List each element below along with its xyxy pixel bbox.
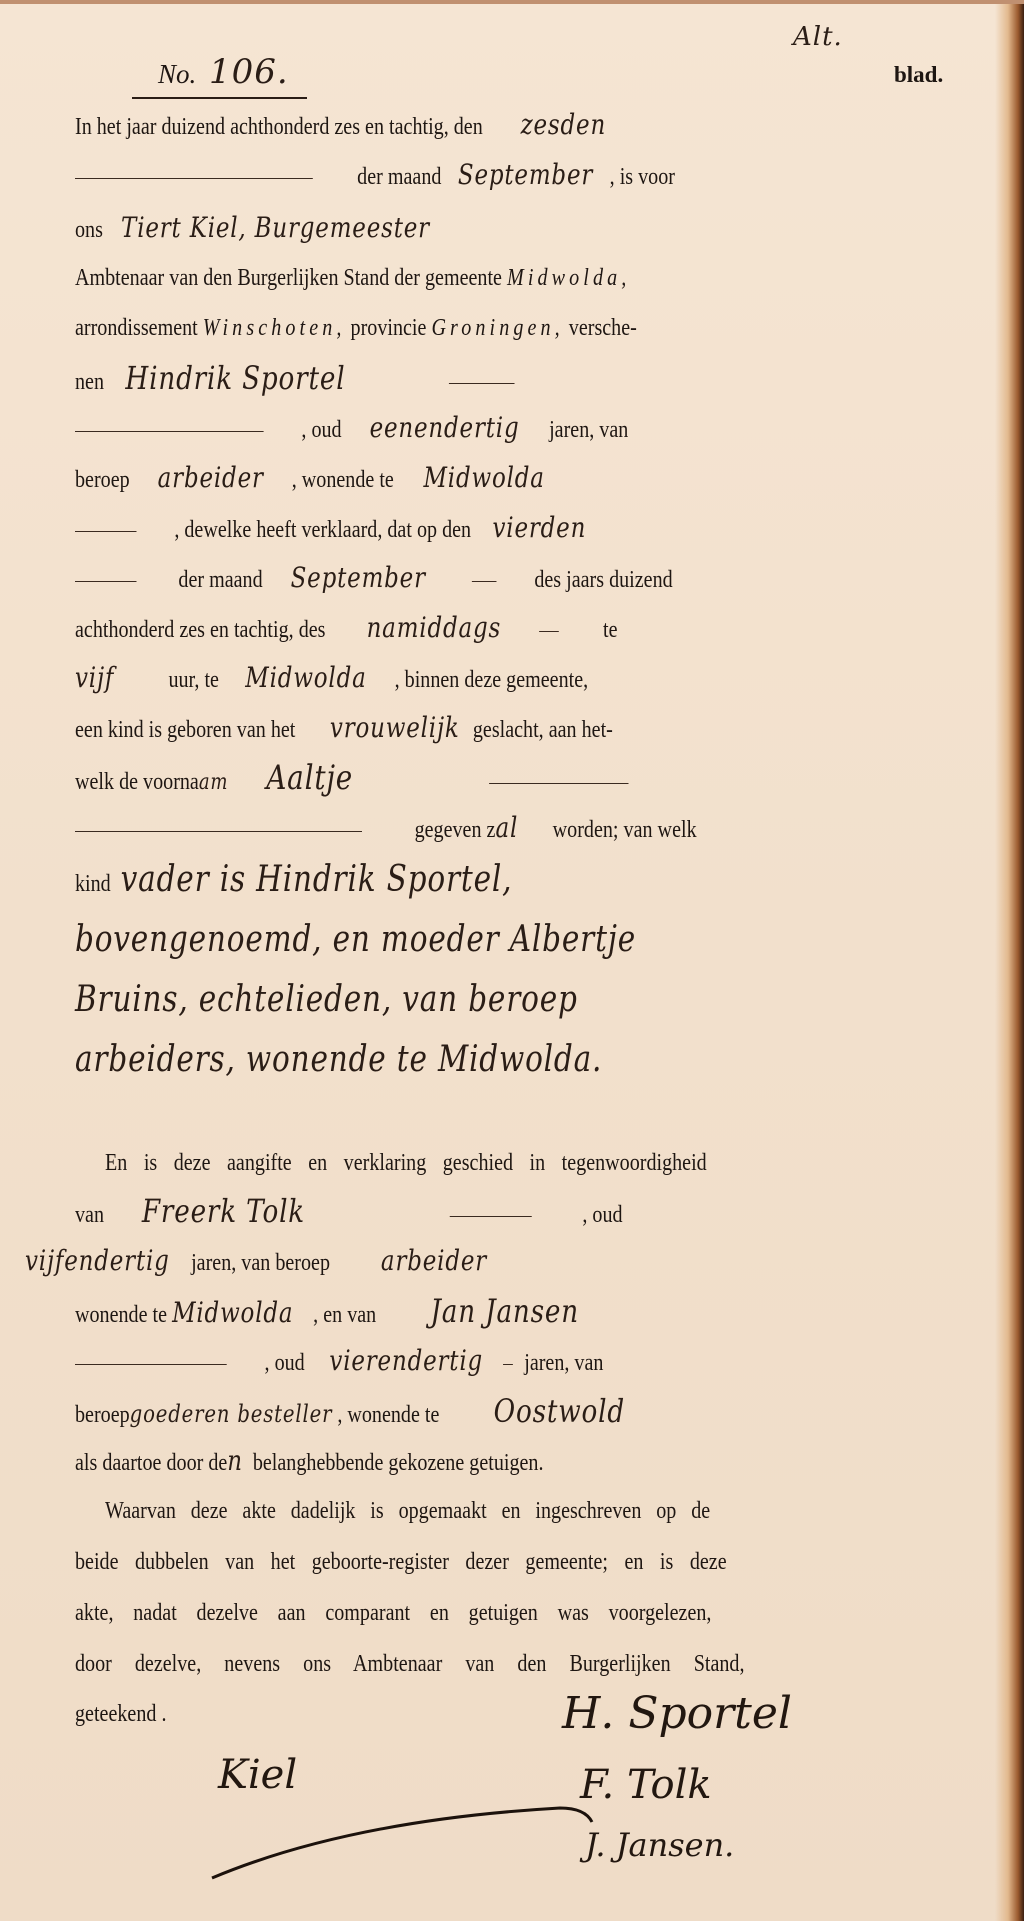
handwritten-birth-day: vierden [492, 511, 586, 544]
birth-certificate-page: No. 106. Alt. blad. In het jaar duizend … [0, 0, 1024, 1921]
handwritten-declarant: Hindrik Sportel [125, 359, 345, 397]
handwritten-witness1-age: vijfendertig [25, 1244, 170, 1277]
handwritten-time-of-day: namiddags [367, 611, 502, 644]
handwritten-parents-occupation: Bruins, echtelieden, van beroep [75, 979, 578, 1020]
page-top-edge [0, 0, 1024, 4]
closing-line-4: door dezelve, nevens ons Ambtenaar van d… [75, 1649, 787, 1679]
line-6: nen Hindrik Sportel [75, 363, 787, 397]
line-13: een kind is geboren van het vrouwelijk g… [75, 713, 787, 745]
signature-declarant: H. Sportel [562, 1688, 792, 1739]
handwritten-witness2: Jan Jansen [430, 1292, 579, 1330]
handwritten-hour: vijf [75, 661, 114, 694]
number-label: No. [158, 59, 196, 89]
line-14: welk de voornaam Aaltje [75, 763, 787, 798]
handwritten-birth-place: Midwolda [245, 661, 366, 694]
line-9: , dewelke heeft verklaard, dat op den vi… [75, 513, 787, 545]
line-2: der maand September , is voor [75, 160, 787, 192]
line-3: ons Tiert Kiel, Burgemeester [75, 213, 787, 245]
signature-official: Kiel [218, 1752, 297, 1798]
handwritten-witness1: Freerk Tolk [142, 1192, 305, 1230]
line-18: Bruins, echtelieden, van beroep [75, 985, 787, 1019]
record-number: No. 106. [158, 52, 289, 92]
line-7: , oud eenendertig jaren, van [75, 413, 787, 445]
witness-line-6: beroepgoederen besteller , wonende te Oo… [75, 1396, 787, 1430]
handwritten-day: zesden [521, 108, 606, 141]
line-15: gegeven zal worden; van welk [75, 813, 787, 845]
handwritten-witness2-age: vierendertig [329, 1344, 483, 1377]
line-8: beroep arbeider , wonende te Midwolda [75, 463, 787, 495]
line-5: arrondissement Winschoten, provincie Gro… [75, 313, 787, 343]
annotation-alt: Alt. [793, 22, 843, 52]
line-17: bovengenoemd, en moeder Albertje [75, 925, 787, 959]
line-10: der maand September des jaars duizend [75, 563, 787, 595]
handwritten-sex: vrouwelijk [330, 711, 460, 744]
handwritten-witness2-occupation: goederen besteller [130, 1400, 333, 1428]
blad-label: blad. [894, 62, 943, 88]
witness-line-5: , oud vierendertig jaren, van [75, 1346, 787, 1378]
line-1: In het jaar duizend achthonderd zes en t… [75, 110, 787, 142]
handwritten-month: September [458, 158, 593, 191]
witness-line-4: wonende te Midwolda , en van Jan Jansen [75, 1296, 787, 1330]
handwritten-residence: Midwolda [423, 461, 544, 494]
closing-line-3: akte, nadat dezelve aan comparant en get… [75, 1598, 787, 1628]
handwritten-age: eenendertig [370, 411, 520, 444]
signature-witness2: J. Jansen. [585, 1826, 734, 1864]
signature-flourish [200, 1800, 600, 1890]
handwritten-official: Tiert Kiel, Burgemeester [121, 211, 430, 244]
number-value: 106. [209, 52, 289, 92]
number-underline [132, 97, 307, 99]
line-4: Ambtenaar van den Burgerlijken Stand der… [75, 263, 787, 293]
closing-line-1: Waarvan deze akte dadelijk is opgemaakt … [105, 1496, 817, 1526]
handwritten-witness2-residence: Oostwold [494, 1392, 625, 1430]
line-16: kind vader is Hindrik Sportel, [75, 865, 787, 899]
handwritten-mother: bovengenoemd, en moeder Albertje [75, 919, 636, 960]
handwritten-occupation: arbeider [158, 461, 264, 494]
handwritten-witness1-residence: Midwolda [172, 1296, 293, 1329]
witness-line-2: van Freerk Tolk , oud [75, 1196, 787, 1230]
line-11: achthonderd zes en tachtig, des namiddag… [75, 613, 787, 645]
line-19: arbeiders, wonende te Midwolda. [75, 1045, 787, 1079]
witness-line-7: als daartoe door den belanghebbende geko… [75, 1446, 787, 1478]
fill-dash [75, 178, 313, 179]
witness-line-1: En is deze aangifte en verklaring geschi… [105, 1148, 817, 1178]
closing-line-2: beide dubbelen van het geboorte-register… [75, 1547, 787, 1577]
handwritten-child-name: Aaltje [266, 758, 353, 798]
line-12: vijf uur, te Midwolda , binnen deze geme… [75, 663, 787, 695]
handwritten-parents-residence: arbeiders, wonende te Midwolda. [75, 1039, 602, 1080]
handwritten-father: vader is Hindrik Sportel, [121, 859, 513, 900]
witness-line-3: vijfendertig jaren, van beroep arbeider [25, 1246, 737, 1278]
handwritten-birth-month: September [291, 561, 426, 594]
handwritten-witness1-occupation: arbeider [381, 1244, 487, 1277]
